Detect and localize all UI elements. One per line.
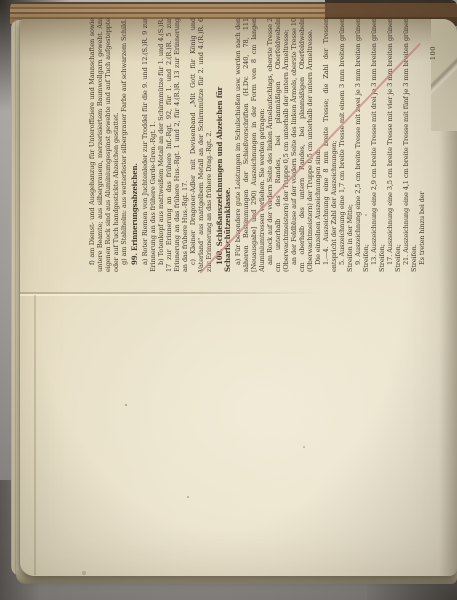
paragraph: 13. Auszeichnung eine 2,9 cm breite Tres… bbox=[370, 18, 386, 272]
paragraph: 21. Auszeichnung eine 4,1 cm breite Tres… bbox=[402, 18, 418, 272]
page-number: 100 bbox=[429, 18, 436, 272]
rotated-page-text: f) am Dienst- und Ausgehanzug für Untero… bbox=[88, 18, 436, 272]
paragraph: 1.—4. Auszeichnung eine 8 mm breite Tres… bbox=[322, 18, 338, 272]
book-page: f) am Dienst- und Ausgehanzug für Untero… bbox=[20, 19, 457, 576]
paragraph: 9. Auszeichnung eine 2,5 cm breite Tress… bbox=[354, 18, 370, 272]
paragraph: c) Kleiner Dragoner-Adler mit Devisenban… bbox=[189, 18, 213, 272]
paragraph: am Rock auf der vordern Seite des linken… bbox=[266, 18, 290, 272]
photo-of-book-page: { "page": { "page_number": "100", "orien… bbox=[0, 0, 457, 600]
section-heading-100: 100. Schießauszeichnungen und Abzeichen … bbox=[216, 18, 232, 272]
paragraph: Es treten hinzu bei der bbox=[418, 18, 426, 272]
paragraph: g) am Stahlhelm: aus wetterfester silber… bbox=[120, 18, 128, 272]
paragraph: b) Totenkopf aus mattweißem Metall an de… bbox=[157, 18, 189, 272]
paper-specks bbox=[125, 404, 127, 406]
paragraph: a) Für besondere gute Leistungen im Schu… bbox=[234, 18, 266, 272]
paragraph: 5. Auszeichnung eine 1,7 cm breite Tress… bbox=[338, 18, 354, 272]
under-page-edge-line bbox=[34, 295, 36, 575]
paragraph: an der Feldbluse auf der vordern Seite d… bbox=[290, 18, 314, 272]
paragraph: 17. Auszeichnung eine 3,5 cm breite Tres… bbox=[386, 18, 402, 272]
page-crease-highlight bbox=[20, 294, 320, 296]
section-heading-99: 99. Erinnerungsabzeichen. bbox=[131, 18, 139, 272]
paragraph: f) am Dienst- und Ausgehanzug für Untero… bbox=[88, 18, 120, 272]
paragraph: a) Roter Riemen von Juchtenleder zur Tro… bbox=[141, 18, 157, 272]
